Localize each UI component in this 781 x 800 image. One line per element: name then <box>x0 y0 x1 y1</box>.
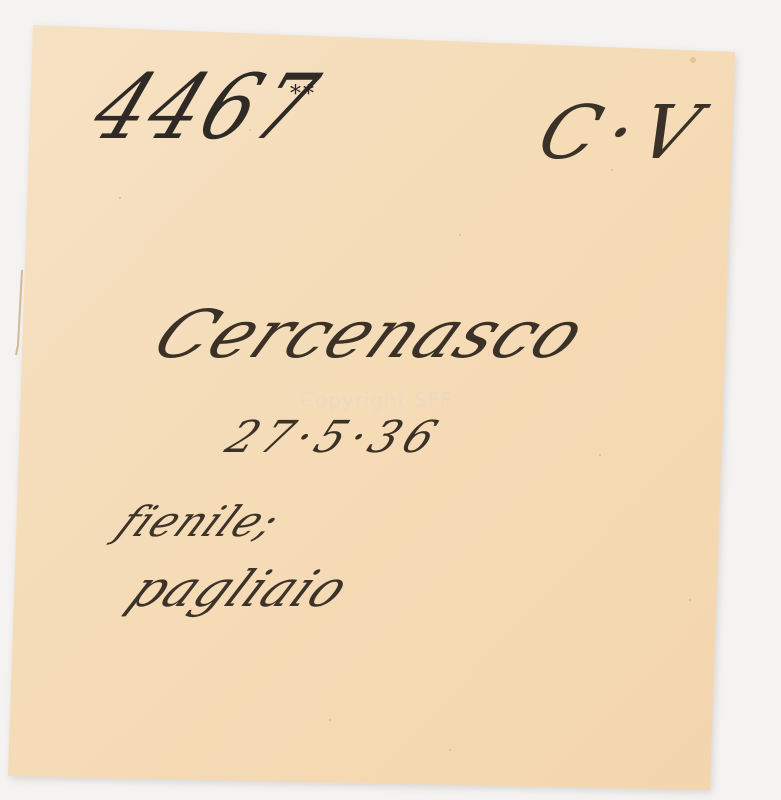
catalog-number: 4467 <box>78 57 334 161</box>
habitat-note-line-1: fienile; <box>108 497 291 546</box>
collector-initials: C·V <box>528 90 720 176</box>
collection-date: 27·5·36 <box>218 412 451 463</box>
specimen-label-photo: Copyright SFF 4467 ** C·V Cercenasco 27·… <box>0 0 781 800</box>
copyright-watermark: Copyright SFF <box>300 388 453 412</box>
habitat-note-line-2: pagliaio <box>118 560 361 618</box>
catalog-asterisks: ** <box>290 82 316 107</box>
locality-name: Cercenasco <box>140 296 600 373</box>
